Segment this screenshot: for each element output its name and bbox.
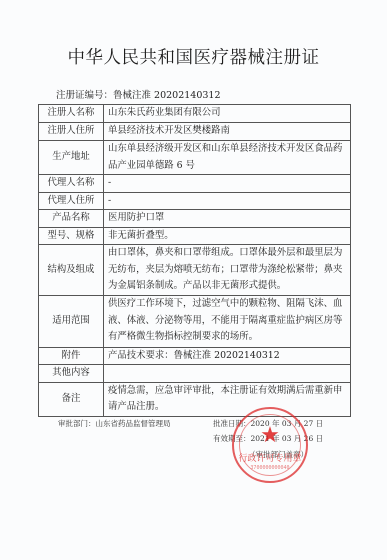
seal-text: 行政许可专用章	[234, 451, 306, 464]
row-value: -	[104, 192, 351, 210]
table-row: 附件 产品技术要求：鲁械注准 20202140312	[39, 347, 351, 365]
row-label: 备注	[39, 382, 104, 416]
table-row: 产品名称 医用防护口罩	[39, 210, 351, 228]
approval-department: 审批部门：山东省药品监督管理局	[58, 418, 171, 429]
row-value: 疫情急需，应急审评审批，本注册证有效期满后需重新申请产品注册。	[104, 382, 351, 416]
row-value: 山东朱氏药业集团有限公司	[104, 105, 351, 123]
table-row: 生产地址 山东单县经济级开发区和山东单县经济技术开发区食品药品产业园单德路 6 …	[39, 141, 351, 175]
row-value	[104, 365, 351, 383]
table-row: 型号、规格 非无菌折叠型。	[39, 227, 351, 245]
table-row: 代理人名称 -	[39, 175, 351, 193]
row-label: 附件	[39, 347, 104, 365]
table-row: 结构及组成 由口罩体，鼻夹和口罩带组成。口罩体最外层和最里层为无纺布，夹层为熔喷…	[39, 245, 351, 296]
table-row: 适用范围 供医疗工作环境下，过滤空气中的颗粒物、阻隔飞沫、血液、体液、分泌物等用…	[39, 295, 351, 347]
row-value: 供医疗工作环境下，过滤空气中的颗粒物、阻隔飞沫、血液、体液、分泌物等用，不能用于…	[104, 295, 351, 347]
row-label: 产品名称	[39, 210, 104, 228]
official-seal: ★ 行政许可专用章 3700000000040	[232, 407, 308, 483]
document-title: 中华人民共和国医疗器械注册证	[0, 44, 387, 69]
row-label: 适用范围	[39, 295, 104, 347]
row-value: 医用防护口罩	[104, 210, 351, 228]
star-icon: ★	[234, 423, 306, 448]
registration-number: 注册证编号：鲁械注准 20202140312	[56, 87, 221, 101]
row-value: 非无菌折叠型。	[104, 227, 351, 245]
row-label: 代理人名称	[39, 175, 104, 193]
row-label: 代理人住所	[39, 192, 104, 210]
row-label: 型号、规格	[39, 227, 104, 245]
row-label: 注册人住所	[39, 123, 104, 141]
certificate-table: 注册人名称 山东朱氏药业集团有限公司 注册人住所 单县经济技术开发区樊楼路南 生…	[38, 104, 351, 417]
row-label: 其他内容	[39, 365, 104, 383]
row-label: 生产地址	[39, 141, 104, 175]
seal-number: 3700000000040	[234, 465, 306, 471]
row-label: 结构及组成	[39, 245, 104, 296]
row-label: 注册人名称	[39, 105, 104, 123]
table-row: 其他内容	[39, 365, 351, 383]
row-value: 由口罩体，鼻夹和口罩带组成。口罩体最外层和最里层为无纺布，夹层为熔喷无纺布；口罩…	[104, 245, 351, 296]
table-row: 注册人住所 单县经济技术开发区樊楼路南	[39, 123, 351, 141]
row-value: 单县经济技术开发区樊楼路南	[104, 123, 351, 141]
table-row: 备注 疫情急需，应急审评审批，本注册证有效期满后需重新申请产品注册。	[39, 382, 351, 416]
table-row: 代理人住所 -	[39, 192, 351, 210]
row-value: -	[104, 175, 351, 193]
table-row: 注册人名称 山东朱氏药业集团有限公司	[39, 105, 351, 123]
row-value: 山东单县经济级开发区和山东单县经济技术开发区食品药品产业园单德路 6 号	[104, 141, 351, 175]
row-value: 产品技术要求：鲁械注准 20202140312	[104, 347, 351, 365]
